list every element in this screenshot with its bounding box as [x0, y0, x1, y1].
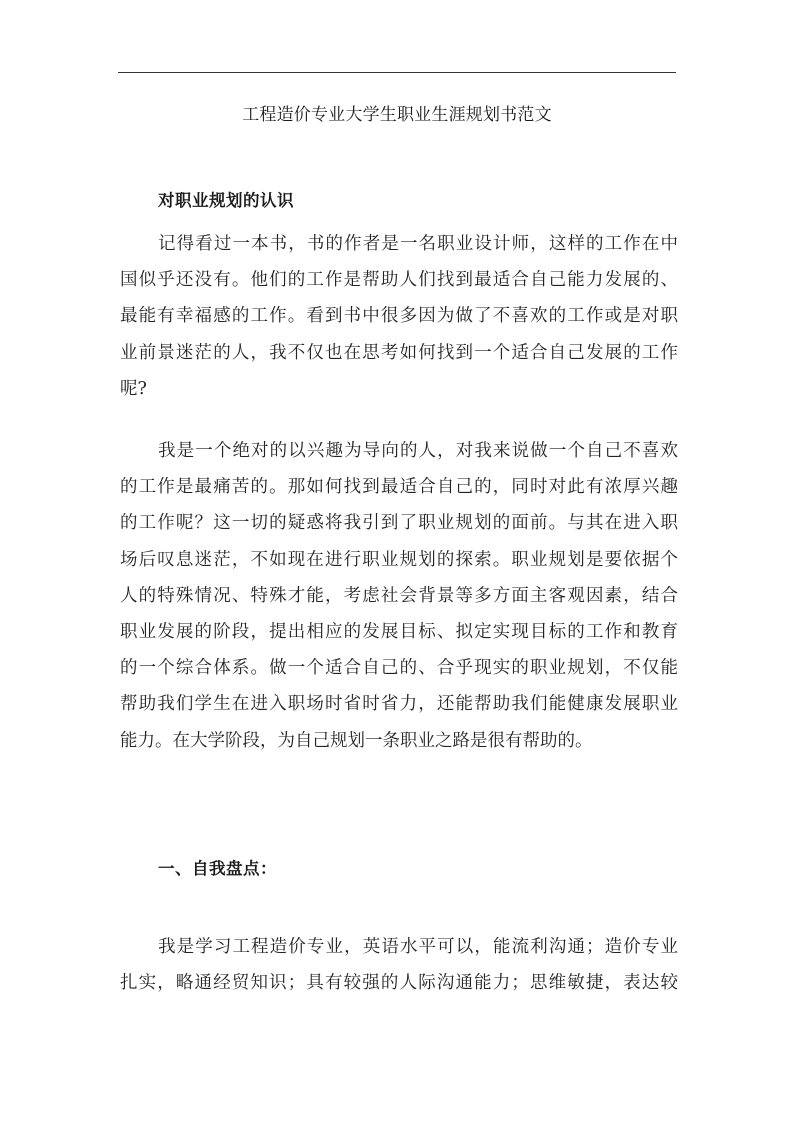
paragraph-line: 我是学习工程造价专业，英语水平可以，能流利沟通；造价专业	[120, 929, 678, 965]
paragraph-line: 业前景迷茫的人，我不仅也在思考如何找到一个适合自己发展的工作	[120, 335, 678, 371]
paragraph-line: 的工作呢？这一切的疑惑将我引到了职业规划的面前。与其在进入职	[120, 505, 678, 541]
paragraph: 我是学习工程造价专业，英语水平可以，能流利沟通；造价专业 扎实，略通经贸知识；具…	[120, 929, 678, 1001]
paragraph: 记得看过一本书，书的作者是一名职业设计师，这样的工作在中 国似乎还没有。他们的工…	[120, 226, 678, 407]
paragraph-line: 我是一个绝对的以兴趣为导向的人，对我来说做一个自己不喜欢	[120, 433, 678, 469]
paragraph-line: 的一个综合体系。做一个适合自己的、合乎现实的职业规划，不仅能	[120, 650, 678, 686]
header-rule	[118, 72, 676, 73]
paragraph-line: 的工作是最痛苦的。那如何找到最适合自己的，同时对此有浓厚兴趣	[120, 469, 678, 505]
paragraph: 我是一个绝对的以兴趣为导向的人，对我来说做一个自己不喜欢 的工作是最痛苦的。那如…	[120, 433, 678, 759]
document-title: 工程造价专业大学生职业生涯规划书范文	[118, 103, 676, 127]
document-page: 工程造价专业大学生职业生涯规划书范文 对职业规划的认识 记得看过一本书，书的作者…	[0, 0, 793, 1122]
section-heading-career-planning: 对职业规划的认识	[158, 189, 294, 213]
section-heading-self-assessment: 一、自我盘点：	[158, 857, 277, 881]
paragraph-line: 扎实，略通经贸知识；具有较强的人际沟通能力；思维敏捷，表达较	[120, 965, 678, 1001]
paragraph-line: 能力。在大学阶段，为自己规划一条职业之路是很有帮助的。	[120, 723, 678, 759]
paragraph-line: 人的特殊情况、特殊才能，考虑社会背景等多方面主客观因素，结合	[120, 578, 678, 614]
paragraph-line: 记得看过一本书，书的作者是一名职业设计师，这样的工作在中	[120, 226, 678, 262]
paragraph-line: 帮助我们学生在进入职场时省时省力，还能帮助我们能健康发展职业	[120, 686, 678, 722]
paragraph-line: 呢?	[120, 371, 678, 407]
paragraph-line: 国似乎还没有。他们的工作是帮助人们找到最适合自己能力发展的、	[120, 262, 678, 298]
paragraph-line: 职业发展的阶段，提出相应的发展目标、拟定实现目标的工作和教育	[120, 614, 678, 650]
paragraph-line: 最能有幸福感的工作。看到书中很多因为做了不喜欢的工作或是对职	[120, 298, 678, 334]
paragraph-line: 场后叹息迷茫，不如现在进行职业规划的探索。职业规划是要依据个	[120, 542, 678, 578]
